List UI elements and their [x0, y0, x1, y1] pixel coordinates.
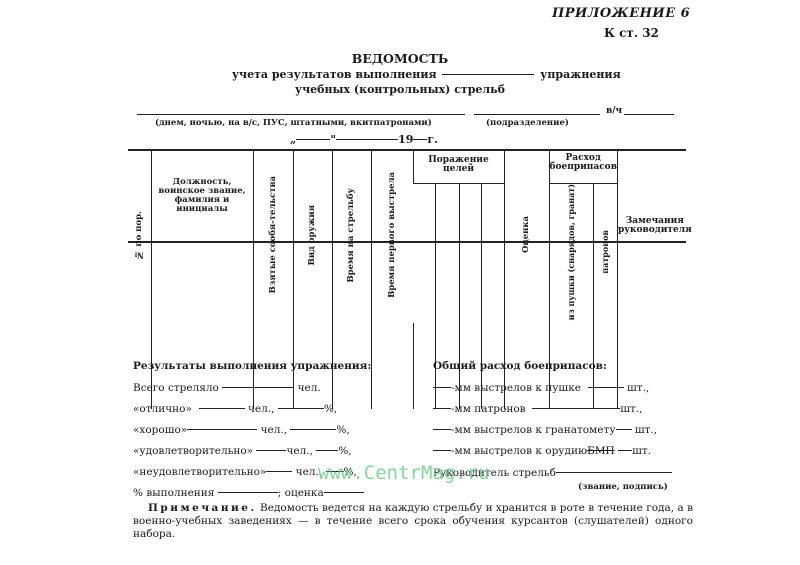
total-shot-row: Всего стреляло чел.	[133, 382, 321, 394]
conditions-caption: (днем, ночью, на в/с, ПУС, штатными, вки…	[155, 118, 432, 128]
completion-blank[interactable]	[218, 492, 278, 493]
year-blank[interactable]	[413, 139, 427, 140]
subtitle-line-1: учета результатов выполнения упражнения	[232, 68, 621, 81]
date-year: 19	[398, 133, 413, 146]
col-number-header: № по пор.	[128, 150, 151, 323]
targets-sub-1	[413, 183, 435, 323]
col-obligations-header: Взятые сообя-тельства	[253, 150, 293, 323]
unit-blank[interactable]	[474, 114, 600, 115]
military-unit-label: в/ч	[606, 106, 622, 116]
day-blank[interactable]	[296, 139, 330, 140]
military-unit-blank[interactable]	[624, 114, 674, 115]
month-blank[interactable]	[336, 139, 398, 140]
subtitle-suffix: упражнения	[540, 68, 620, 81]
appendix-label: ПРИЛОЖЕНИЕ 6	[552, 6, 690, 21]
leader-signature-blank[interactable]	[556, 472, 672, 473]
targets-sub-4	[481, 183, 504, 323]
date-line: „"19г.	[290, 133, 438, 146]
col-first-shot-header: Время первого выстрела	[371, 150, 413, 323]
unit-caption: (подразделение)	[486, 118, 569, 128]
ammo-row-grenade: -мм выстрелов к гранатомету шт.,	[433, 424, 657, 436]
watermark: www.CentrMag.ru	[318, 462, 490, 484]
total-shot-blank[interactable]	[222, 387, 294, 388]
grade-row-satisfactory: «удовлетворительно» чел., %,	[133, 445, 352, 457]
grade-row-good: «хорошо» чел., %,	[133, 424, 350, 436]
col-weapon-header: Вид оружия	[293, 150, 332, 323]
article-reference: К ст. 32	[604, 26, 659, 40]
ammo-row-gun: -мм выстрелов к пушке шт.,	[433, 382, 649, 394]
ammo-gun-header: из пушки (снарядов, гранат)	[549, 183, 594, 323]
results-heading: Результаты выполнения упражнения:	[133, 360, 371, 372]
date-suffix: г.	[427, 133, 438, 146]
ammo-cartridges-header: патронов	[594, 183, 618, 323]
conditions-blank[interactable]	[137, 114, 465, 115]
subtitle-line-2: учебных (контрольных) стрельб	[0, 83, 800, 96]
overall-grade-blank[interactable]	[324, 492, 364, 493]
ammo-row-gun-bmp: -мм выстрелов к орудиюБМП шт.	[433, 445, 651, 457]
leader-caption: (звание, подпись)	[578, 482, 668, 492]
document-title: ВЕДОМОСТЬ	[0, 51, 800, 66]
col-grade-header: Оценка	[504, 150, 549, 323]
col-firing-time-header: Время на стрельбу	[332, 150, 371, 323]
col-ammo-header: Расход боеприпасов	[549, 150, 617, 183]
completion-row: % выполнения ; оценка	[133, 487, 364, 499]
ammo-row-cartridges: -мм патронов шт.,	[433, 403, 643, 415]
targets-sub-2	[435, 183, 459, 323]
footnote: Примечание. Ведомость ведется на каждую …	[133, 502, 693, 541]
col-remarks-header: Замечания руководителя	[617, 150, 691, 323]
exercise-blank[interactable]	[442, 74, 534, 75]
grade-row-excellent: «отлично» чел., %,	[133, 403, 337, 415]
col-targets-hit-header: Поражение целей	[413, 150, 504, 183]
ammo-heading: Общий расход боеприпасов:	[433, 360, 607, 372]
subtitle-prefix: учета результатов выполнения	[232, 68, 437, 81]
col-position-header: Должность, воинское звание, фамилия и ин…	[151, 150, 253, 323]
targets-sub-3	[459, 183, 481, 323]
